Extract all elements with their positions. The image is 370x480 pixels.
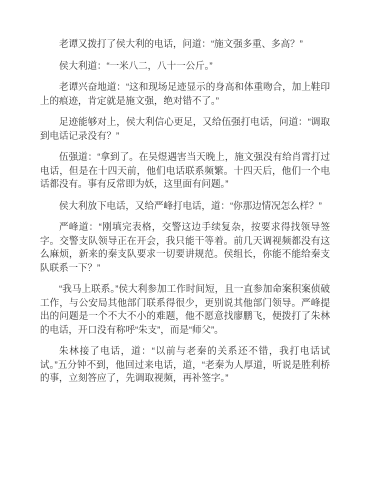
page-text: 老谭又拨打了侯大利的电话，问道：“施文强多重、多高？”侯大利道：“一米八二，八十… bbox=[40, 38, 330, 386]
book-page: 老谭又拨打了侯大利的电话，问道：“施文强多重、多高？”侯大利道：“一米八二，八十… bbox=[0, 0, 370, 480]
paragraph: 伍强道：“拿到了。在吴煜遇害当天晚上，施文强没有给肖霄打过电话，但是在十四天前，… bbox=[40, 151, 330, 192]
paragraph: 足迹能够对上，侯大利信心更足，又给伍强打电话，问道：“调取到电话记录没有？” bbox=[40, 116, 330, 143]
paragraph: 严峰道：“刚填完表格，交警这边手续复杂，按要求得找领导签字。交警支队领导正在开会… bbox=[40, 221, 330, 275]
paragraph: 老谭又拨打了侯大利的电话，问道：“施文强多重、多高？” bbox=[40, 38, 330, 52]
paragraph: “我马上联系。”侯大利参加工作时间短，且一直参加命案积案侦破工作，与公安局其他部… bbox=[40, 283, 330, 337]
paragraph: 侯大利道：“一米八二，八十一公斤。” bbox=[40, 60, 330, 74]
paragraph: 侯大利放下电话，又给严峰打电话，道：“你那边情况怎么样？” bbox=[40, 200, 330, 214]
paragraph: 老谭兴奋地道：“这和现场足迹显示的身高和体重吻合，加上鞋印上的痕迹，肯定就是施文… bbox=[40, 81, 330, 108]
paragraph: 朱林接了电话，道：“以前与老秦的关系还不错，我打电话试试。”五分钟不到，他回过来… bbox=[40, 345, 330, 386]
